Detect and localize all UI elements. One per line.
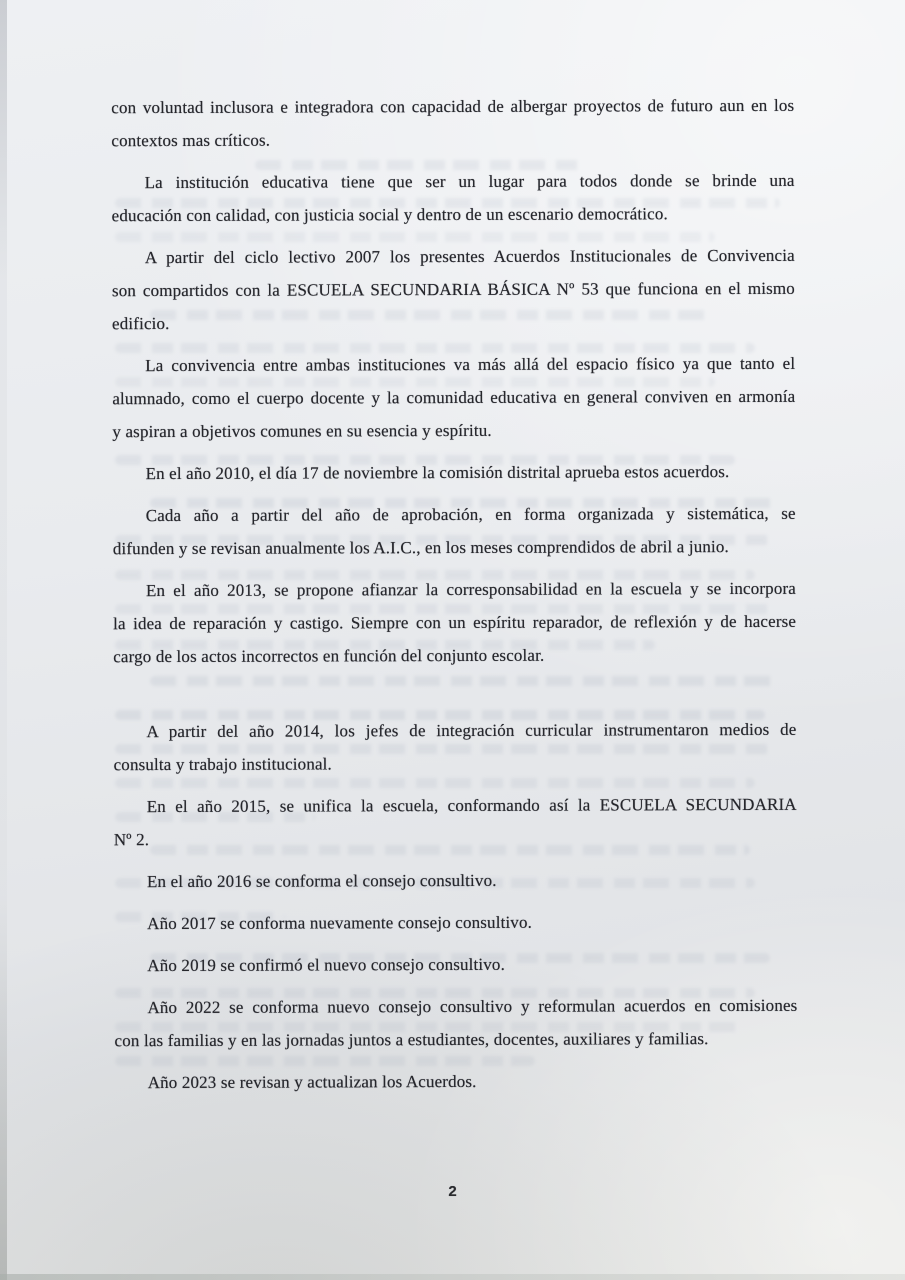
text-line: Año 2022 se conforma nuevo consejo consu… bbox=[114, 989, 797, 1024]
paragraph: Año 2023 se revisan y actualizan los Acu… bbox=[115, 1064, 798, 1099]
paragraph: Año 2019 se confirmó el nuevo consejo co… bbox=[114, 947, 797, 982]
paragraph: A partir del ciclo lectivo 2007 los pres… bbox=[112, 239, 795, 340]
text-line: la idea de reparación y castigo. Siempre… bbox=[113, 605, 796, 640]
text-line: La convivencia entre ambas instituciones… bbox=[112, 347, 795, 382]
text-line: y aspiran a objetivos comunes en su esen… bbox=[112, 413, 795, 448]
text-line: A partir del ciclo lectivo 2007 los pres… bbox=[112, 239, 795, 274]
paragraph: A partir del año 2014, los jefes de inte… bbox=[113, 713, 796, 781]
text-line: son compartidos con la ESCUELA SECUNDARI… bbox=[112, 272, 795, 307]
text-line: educación con calidad, con justicia soci… bbox=[112, 197, 795, 232]
text-line: Cada año a partir del año de aprobación,… bbox=[113, 497, 796, 532]
paragraph: La institución educativa tiene que ser u… bbox=[111, 164, 794, 232]
text-line: consulta y trabajo institucional. bbox=[114, 746, 797, 781]
page-number: 2 bbox=[0, 1183, 905, 1200]
text-line: edificio. bbox=[112, 305, 795, 340]
text-line: En el año 2010, el día 17 de noviembre l… bbox=[113, 455, 796, 490]
paragraph: En el año 2016 se conforma el consejo co… bbox=[114, 863, 797, 898]
paragraph: Cada año a partir del año de aprobación,… bbox=[113, 497, 796, 565]
paragraph: En el año 2013, se propone afianzar la c… bbox=[113, 572, 796, 673]
text-line: Año 2023 se revisan y actualizan los Acu… bbox=[115, 1064, 798, 1099]
paragraph: con voluntad inclusora e integradora con… bbox=[111, 89, 794, 157]
text-line: cargo de los actos incorrectos en funció… bbox=[113, 638, 796, 673]
text-line: con voluntad inclusora e integradora con… bbox=[111, 89, 794, 124]
paragraph: En el año 2010, el día 17 de noviembre l… bbox=[113, 455, 796, 490]
scanned-page: con voluntad inclusora e integradora con… bbox=[0, 0, 905, 1280]
text-line: En el año 2013, se propone afianzar la c… bbox=[113, 572, 796, 607]
paragraph: En el año 2015, se unifica la escuela, c… bbox=[114, 788, 797, 856]
text-line: Año 2019 se confirmó el nuevo consejo co… bbox=[114, 947, 797, 982]
text-line: difunden y se revisan anualmente los A.I… bbox=[113, 530, 796, 565]
paragraph: Año 2017 se conforma nuevamente consejo … bbox=[114, 905, 797, 940]
text-line: con las familias y en las jornadas junto… bbox=[114, 1022, 797, 1057]
text-line: contextos mas críticos. bbox=[111, 122, 794, 157]
text-line: La institución educativa tiene que ser u… bbox=[111, 164, 794, 199]
text-line: alumnado, como el cuerpo docente y la co… bbox=[112, 380, 795, 415]
text-line: Año 2017 se conforma nuevamente consejo … bbox=[114, 905, 797, 940]
paragraph: Año 2022 se conforma nuevo consejo consu… bbox=[114, 989, 797, 1057]
text-line: En el año 2016 se conforma el consejo co… bbox=[114, 863, 797, 898]
text-line: A partir del año 2014, los jefes de inte… bbox=[113, 713, 796, 748]
document-body: con voluntad inclusora e integradora con… bbox=[111, 89, 798, 1108]
text-line: En el año 2015, se unifica la escuela, c… bbox=[114, 788, 797, 823]
paragraph: La convivencia entre ambas instituciones… bbox=[112, 347, 795, 448]
text-line: Nº 2. bbox=[114, 821, 797, 856]
